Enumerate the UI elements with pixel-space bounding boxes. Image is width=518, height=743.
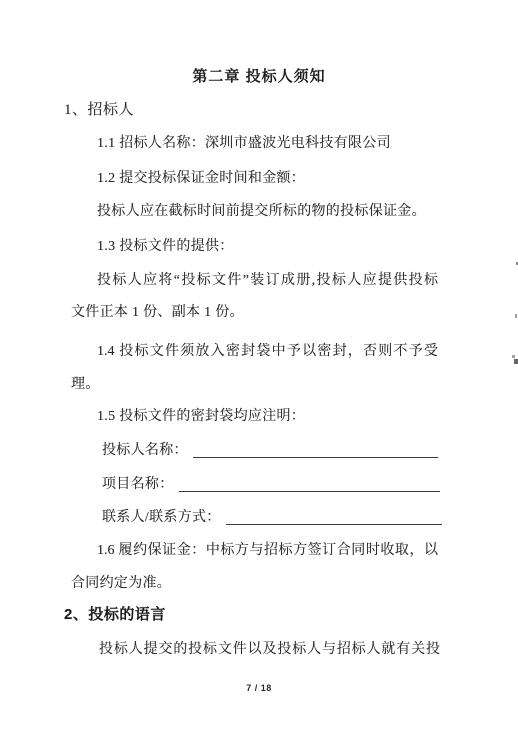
- section-2-heading: 2、投标的语言: [64, 605, 166, 625]
- scan-artifact-speck: [515, 314, 517, 318]
- clause-1-4-line1: 1.4 投标文件须放入密封袋中予以密封，否则不予受: [97, 342, 438, 362]
- clause-1-2-body: 投标人应在截标时间前提交所标的物的投标保证金。: [97, 202, 426, 222]
- clause-1-5: 1.5 投标文件的密封袋均应注明：: [97, 407, 305, 427]
- clause-1-3-body-line2: 文件正本 1 份、副本 1 份。: [71, 303, 244, 323]
- chapter-title: 第二章 投标人须知: [0, 65, 518, 86]
- scan-artifact-speck: [514, 359, 518, 364]
- page-number: 7 / 18: [0, 683, 518, 693]
- clause-1-4-line2: 理。: [71, 375, 100, 395]
- document-page: 第二章 投标人须知 1、招标人 1.1 招标人名称：深圳市盛波光电科技有限公司 …: [0, 0, 518, 743]
- contact-label: 联系人/联系方式：: [102, 506, 221, 526]
- contact-field-row: 联系人/联系方式：: [102, 507, 442, 526]
- clause-1-6-line1: 1.6 履约保证金：中标方与招标方签订合同时收取，以: [97, 541, 438, 561]
- bidder-name-blank-line: [193, 443, 438, 458]
- clause-1-1: 1.1 招标人名称：深圳市盛波光电科技有限公司: [97, 134, 391, 154]
- section-2-body-line1: 投标人提交的投标文件以及投标人与招标人就有关投: [99, 640, 440, 660]
- clause-1-3-body-line1: 投标人应将“投标文件”装订成册,投标人应提供投标: [97, 271, 438, 291]
- clause-1-3: 1.3 投标文件的提供：: [97, 237, 234, 257]
- bidder-name-field-row: 投标人名称：: [102, 440, 438, 459]
- contact-blank-line: [226, 510, 442, 525]
- scan-artifact-speck: [512, 355, 515, 358]
- bidder-name-label: 投标人名称：: [102, 439, 188, 459]
- section-1-heading: 1、招标人: [64, 100, 134, 120]
- project-name-label: 项目名称：: [102, 473, 174, 493]
- project-name-field-row: 项目名称：: [102, 474, 440, 493]
- clause-1-6-line2: 合同约定为准。: [71, 574, 171, 594]
- clause-1-2: 1.2 提交投标保证金时间和金额：: [97, 169, 305, 189]
- project-name-blank-line: [179, 477, 441, 492]
